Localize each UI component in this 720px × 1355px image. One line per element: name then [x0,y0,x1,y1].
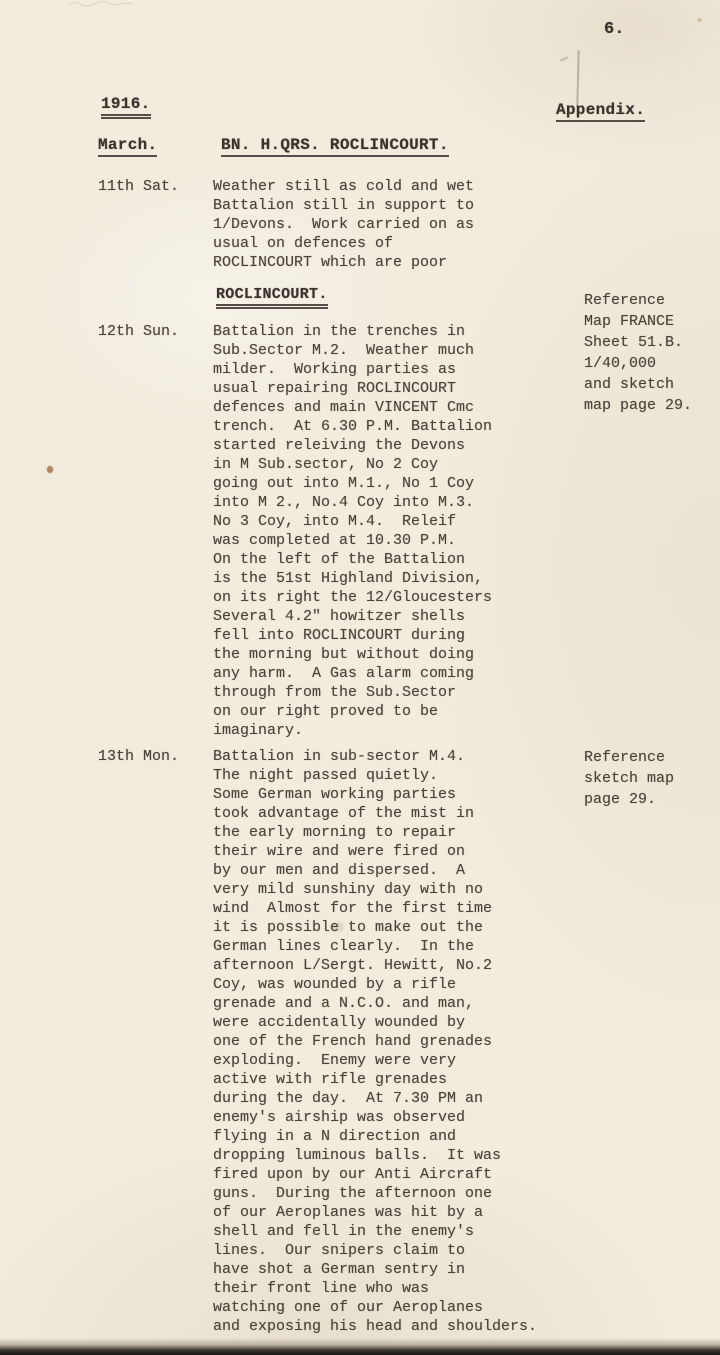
text-line: Reference [584,747,716,768]
margin-note-sketch-map: Referencesketch mappage 29. [584,747,716,810]
text-line: usual repairing ROCLINCOURT [213,379,580,398]
text-line: enemy's airship was observed [213,1108,580,1127]
text-line: On the left of the Battalion [213,550,580,569]
text-line: in M Sub.sector, No 2 Coy [213,455,580,474]
text-line: lines. Our snipers claim to [213,1241,580,1260]
text-line: is the 51st Highland Division, [213,569,580,588]
faint-pencil-scribble [66,0,136,12]
text-line: Weather still as cold and wet [213,177,580,196]
text-line: through from the Sub.Sector [213,683,580,702]
text-line: on its right the 12/Gloucesters [213,588,580,607]
text-line: during the day. At 7.30 PM an [213,1089,580,1108]
entry-body: Battalion in sub-sector M.4.The night pa… [213,747,580,1336]
entry-11th-sat: 11th Sat. Weather still as cold and wetB… [98,177,580,272]
text-line: Battalion still in support to [213,196,580,215]
text-line: German lines clearly. In the [213,937,580,956]
year-heading: 1916. [101,95,151,119]
text-line: Battalion in the trenches in [213,322,580,341]
text-line: Battalion in sub-sector M.4. [213,747,580,766]
entry-12th-sun: 12th Sun. Battalion in the trenches inSu… [98,322,580,740]
text-line: and exposing his head and shoulders. [213,1317,580,1336]
text-line: on our right proved to be [213,702,580,721]
text-line: fired upon by our Anti Aircraft [213,1165,580,1184]
unit-heading: BN. H.QRS. ROCLINCOURT. [221,136,449,157]
foxing-speck [47,466,53,473]
text-line: the early morning to repair [213,823,580,842]
text-line: milder. Working parties as [213,360,580,379]
page-bottom-edge [0,1338,720,1355]
entry-body: Weather still as cold and wetBattalion s… [213,177,580,272]
text-line: Several 4.2" howitzer shells [213,607,580,626]
stain-smudge [330,922,344,932]
appendix-heading: Appendix. [556,101,645,122]
text-line: dropping luminous balls. It was [213,1146,580,1165]
month-heading: March. [98,136,157,157]
text-line: their wire and were fired on [213,842,580,861]
pencil-mark [576,50,579,107]
pencil-tick-mark [560,56,568,61]
text-line: trench. At 6.30 P.M. Battalion [213,417,580,436]
text-line: Sheet 51.B. [584,332,716,353]
text-line: defences and main VINCENT Cmc [213,398,580,417]
page-number: 6. [604,20,624,39]
text-line: afternoon L/Sergt. Hewitt, No.2 [213,956,580,975]
text-line: were accidentally wounded by [213,1013,580,1032]
text-line: Reference [584,290,716,311]
entry-date: 11th Sat. [98,177,179,196]
text-line: exploding. Enemy were very [213,1051,580,1070]
text-line: imaginary. [213,721,580,740]
text-line: sketch map [584,768,716,789]
text-line: ROCLINCOURT which are poor [213,253,580,272]
text-line: one of the French hand grenades [213,1032,580,1051]
text-line: have shot a German sentry in [213,1260,580,1279]
text-line: into M 2., No.4 Coy into M.3. [213,493,580,512]
entry-date: 12th Sun. [98,322,179,341]
text-line: The night passed quietly. [213,766,580,785]
text-line: started releiving the Devons [213,436,580,455]
text-line: shell and fell in the enemy's [213,1222,580,1241]
location-heading: ROCLINCOURT. [216,286,328,309]
text-line: 1/Devons. Work carried on as [213,215,580,234]
entry-body: Battalion in the trenches inSub.Sector M… [213,322,580,740]
text-line: wind Almost for the first time [213,899,580,918]
foxing-speck [697,18,702,22]
text-line: their front line who was [213,1279,580,1298]
text-line: very mild sunshiny day with no [213,880,580,899]
text-line: going out into M.1., No 1 Coy [213,474,580,493]
text-line: was completed at 10.30 P.M. [213,531,580,550]
text-line: of our Aeroplanes was hit by a [213,1203,580,1222]
text-line: Map FRANCE [584,311,716,332]
margin-note-reference-map: ReferenceMap FRANCESheet 51.B.1/40,000an… [584,290,716,416]
text-line: grenade and a N.C.O. and man, [213,994,580,1013]
text-line: map page 29. [584,395,716,416]
text-line: 1/40,000 [584,353,716,374]
text-line: by our men and dispersed. A [213,861,580,880]
text-line: page 29. [584,789,716,810]
text-line: No 3 Coy, into M.4. Releif [213,512,580,531]
text-line: the morning but without doing [213,645,580,664]
text-line: usual on defences of [213,234,580,253]
text-line: active with rifle grenades [213,1070,580,1089]
text-line: Some German working parties [213,785,580,804]
text-line: guns. During the afternoon one [213,1184,580,1203]
text-line: took advantage of the mist in [213,804,580,823]
text-line: any harm. A Gas alarm coming [213,664,580,683]
text-line: Sub.Sector M.2. Weather much [213,341,580,360]
text-line: fell into ROCLINCOURT during [213,626,580,645]
entry-date: 13th Mon. [98,747,179,766]
text-line: it is possible to make out the [213,918,580,937]
war-diary-page: 6. 1916. Appendix. March. BN. H.QRS. ROC… [0,0,720,1355]
text-line: watching one of our Aeroplanes [213,1298,580,1317]
text-line: Coy, was wounded by a rifle [213,975,580,994]
text-line: flying in a N direction and [213,1127,580,1146]
entry-13th-mon: 13th Mon. Battalion in sub-sector M.4.Th… [98,747,580,1336]
text-line: and sketch [584,374,716,395]
